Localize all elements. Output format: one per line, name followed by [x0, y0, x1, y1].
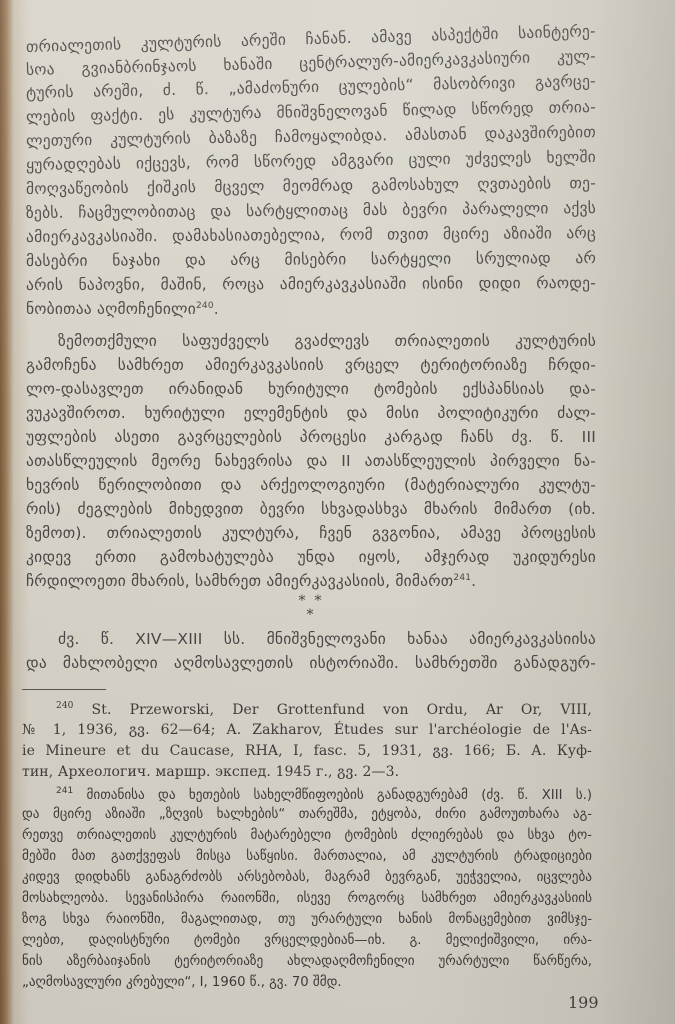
asterisk-row-bottom: * [295, 608, 325, 622]
page-number: 199 [568, 993, 599, 1012]
body-line: ლეთური კულტურის ბაზაზე ჩამოყალიბდა. ამას… [26, 123, 596, 150]
body-line: ნობითაა აღმოჩენილი240. [26, 300, 596, 318]
period: . [471, 572, 476, 590]
body-line: გამოჩენა სამხრეთ ამიერკავკასიის ვრცელ ტე… [26, 356, 596, 374]
footnote-text: St. Przeworski, Der Grottenfund von Ordu… [92, 702, 592, 718]
footnote-ref-241[interactable]: 241 [453, 573, 471, 583]
footnote-240-line: № 1, 1936, გვ. 62—64; A. Zakharov, Étude… [22, 722, 592, 738]
body-line: მოღვაწეობის ქიშკის მცველ მეომრად გამოსახ… [26, 174, 596, 198]
footnote-241-line: ნის აზერბაიჯანის ტერიტორიაზე ახლადაღმოჩე… [22, 954, 592, 969]
footnote-241-line: ლებთ, დაღისტნური ტომები ვრცელდებიან—იხ. … [22, 933, 592, 948]
body-text: ნობითაა აღმოჩენილი [26, 300, 196, 318]
footnote-241-line: კიდევ დიდხანს განაგრძობს არსებობას, მაგრ… [22, 870, 592, 885]
body-line: ვუკავშიროთ. ხურიტული ელემენტის და მისი პ… [26, 404, 596, 422]
footnote-241-line: მებში მათ გათქვეფას მისცა საწყისი. მართა… [22, 849, 592, 864]
body-line: მასებრი ნაჯახი და არც მისებრი სარტყელი ს… [26, 249, 596, 270]
footnote-number-241: 241 [56, 786, 73, 796]
footnote-text: მითანისა და ხეთების სახელმწიფოების განად… [86, 788, 592, 803]
body-line: რის) ძეგლების მიხედვით ბევრი სხვადასხვა … [26, 500, 596, 518]
body-text: ჩრდილოეთი მხარის, სამხრეთ ამიერკავკასიის… [26, 572, 453, 590]
footnote-241-line: მოსახლეობა. სევანისპირა რაიონში, ისევე რ… [22, 891, 592, 906]
body-line: უფლების ასეთი გავრცელების პროცესი კარგად… [26, 428, 596, 446]
footnote-241-line: „აღმოსავლური კრებული“, I, 1960 წ., გვ. 7… [22, 975, 592, 990]
body-line: ათასწლეულის მეორე ნახევრისა და II ათასწლ… [26, 452, 596, 470]
footnote-241-line: რეთვე თრიალეთის კულტურის მატარებელი ტომე… [22, 828, 592, 843]
body-line: ზებს. ჩაცმულობითაც და სარტყლითაც მას ბევ… [26, 199, 596, 222]
body-line: არის ნაპოვნი, მაშინ, როცა ამიერკავკასიაშ… [26, 274, 596, 294]
body-line: ამიერკავკასიაში. დამახასიათებელია, რომ თ… [26, 224, 596, 246]
footnote-241-line: 241 მითანისა და ხეთების სახელმწიფოების გ… [22, 786, 592, 803]
body-line: ჩრდილოეთი მხარის, სამხრეთ ამიერკავკასიის… [26, 572, 596, 590]
body-line: ყურადღებას იქცევს, რომ სწორედ ამგვარი ცუ… [26, 148, 596, 174]
body-line: ზემოთ). თრიალეთის კულტურა, ჩვენ გვგონია,… [26, 524, 596, 542]
body-line: ძვ. წ. XIV—XIII სს. მნიშვნელოვანი ხანაა … [26, 630, 596, 648]
footnote-ref-240[interactable]: 240 [196, 301, 214, 311]
body-line: ლების ფაქტი. ეს კულტურა მნიშვნელოვან წილ… [26, 98, 596, 126]
body-line: ლო-დასავლეთ ირანიდან ხურიტული ტომების ექ… [26, 380, 596, 398]
footnote-240-line: ie Mineure et du Caucase, RHA, I, fasc. … [22, 743, 592, 759]
body-line: ხევრის წერილობითი და არქეოლოგიური (მატერ… [26, 476, 596, 494]
footnote-241-line: და მცირე აზიაში „ზღვის ხალხების“ თარეშმა… [22, 807, 592, 822]
footnote-number-240: 240 [56, 701, 73, 711]
footnote-240-line: тин, Археологич. маршр. экспед. 1945 г.,… [22, 764, 592, 780]
footnote-241-line: ზოგ სხვა რაიონში, მაგალითად, თუ ურარტული… [22, 912, 592, 927]
footnote-240-line: 240 St. Przeworski, Der Grottenfund von … [22, 701, 592, 718]
body-line: ზემოთქმული საფუძველს გვაძლევს თრიალეთის … [26, 332, 596, 350]
asterisk-row-top: * * [295, 594, 325, 608]
book-page: თრიალეთის კულტურის არეში ჩანან. ამავე ას… [0, 0, 675, 1024]
body-line: კიდევ ერთი გამოხატულება უნდა იყოს, ამჯერ… [26, 548, 596, 566]
body-line: და მახლობელი აღმოსავლეთის ისტორიაში. სამ… [26, 654, 596, 672]
footnote-divider [22, 689, 106, 690]
period: . [214, 300, 219, 318]
section-break-asterisks: * * * [295, 594, 325, 622]
